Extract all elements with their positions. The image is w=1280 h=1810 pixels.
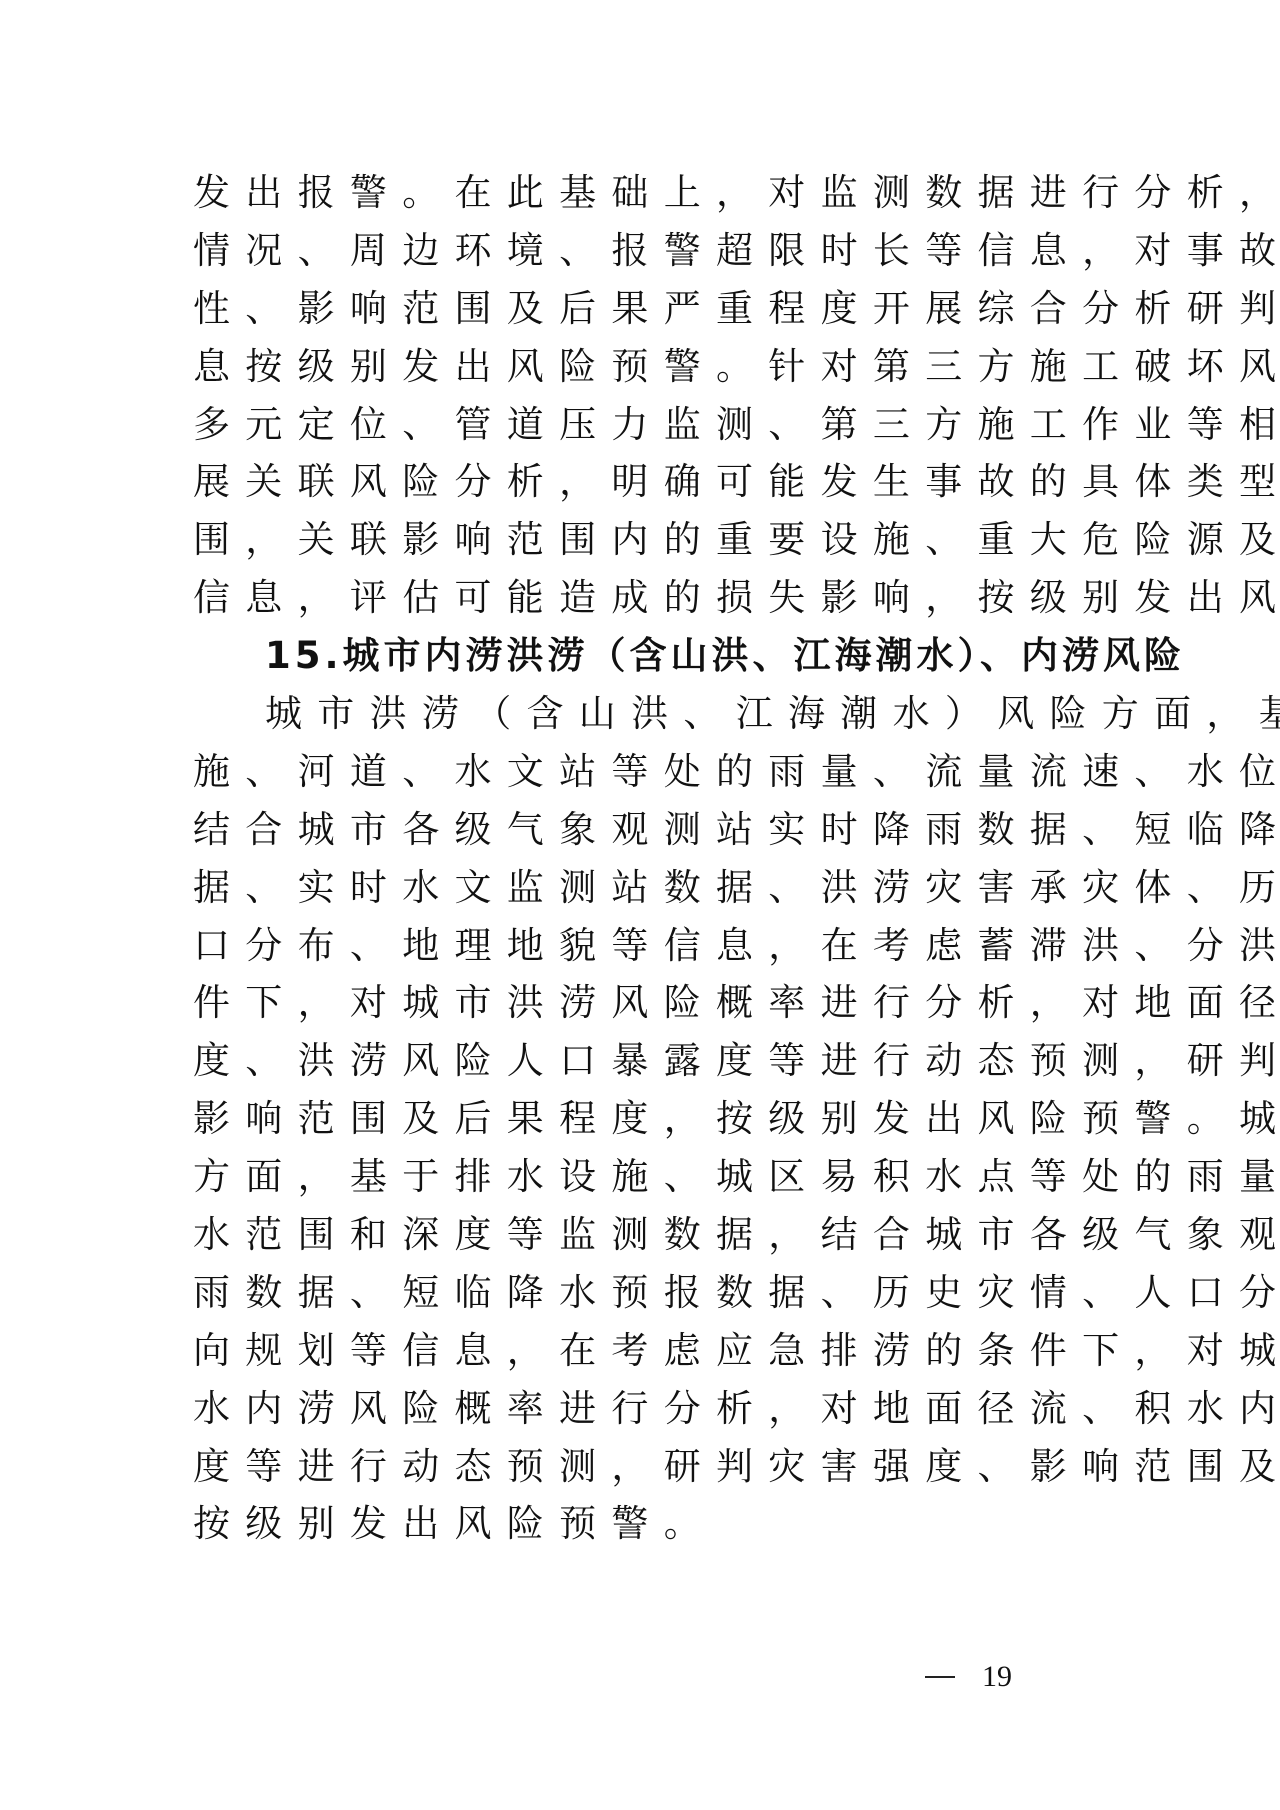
text-line: 方面，基于排水设施、城区易积水点等处的雨量、水位、积 bbox=[193, 1148, 1093, 1206]
section-heading: 15.城市内涝洪涝（含山洪、江海潮水）、内涝风险 bbox=[193, 627, 1093, 685]
text-line: 情况、周边环境、报警超限时长等信息，对事故发生的可能 bbox=[193, 222, 1093, 280]
text-line: 口分布、地理地貌等信息，在考虑蓄滞洪、分洪、泄洪的条 bbox=[193, 917, 1093, 975]
text-line: 件下，对城市洪涝风险概率进行分析，对地面径流、水淹深 bbox=[193, 974, 1093, 1032]
text-line: 息按级别发出风险预警。针对第三方施工破坏风险，应结合 bbox=[193, 338, 1093, 396]
text-line: 结合城市各级气象观测站实时降雨数据、短临降水预报数 bbox=[193, 801, 1093, 859]
page-number: 19 bbox=[982, 1660, 1012, 1694]
text-line: 多元定位、管道压力监测、第三方施工作业等相关信息，开 bbox=[193, 396, 1093, 454]
text-line: 水范围和深度等监测数据，结合城市各级气象观测站实时降 bbox=[193, 1206, 1093, 1264]
text-line: 展关联风险分析，明确可能发生事故的具体类型和影响的范 bbox=[193, 453, 1093, 511]
text-line: 发出报警。在此基础上，对监测数据进行分析，并结合施工 bbox=[193, 164, 1093, 222]
document-page: 发出报警。在此基础上，对监测数据进行分析，并结合施工 情况、周边环境、报警超限时… bbox=[193, 164, 1093, 1553]
page-footer: 19 bbox=[925, 1660, 1012, 1694]
text-line: 围，关联影响范围内的重要设施、重大危险源及防护目标等 bbox=[193, 511, 1093, 569]
text-line: 信息，评估可能造成的损失影响，按级别发出风险预警。 bbox=[193, 569, 1093, 627]
text-line: 影响范围及后果程度，按级别发出风险预警。城市内涝风险 bbox=[193, 1090, 1093, 1148]
text-line: 水内涝风险概率进行分析，对地面径流、积水内涝范围和深 bbox=[193, 1380, 1093, 1438]
text-line: 度、洪涝风险人口暴露度等进行动态预测，研判灾害强度、 bbox=[193, 1032, 1093, 1090]
text-line: 城市洪涝（含山洪、江海潮水）风险方面，基于防洪设 bbox=[193, 685, 1093, 743]
text-line: 据、实时水文监测站数据、洪涝灾害承灾体、历史灾情、人 bbox=[193, 859, 1093, 917]
paragraph-continuation: 发出报警。在此基础上，对监测数据进行分析，并结合施工 情况、周边环境、报警超限时… bbox=[193, 164, 1093, 627]
text-line: 度等进行动态预测，研判灾害强度、影响范围及后果程度， bbox=[193, 1438, 1093, 1496]
section-body: 城市洪涝（含山洪、江海潮水）风险方面，基于防洪设 施、河道、水文站等处的雨量、流… bbox=[193, 685, 1093, 1553]
text-line: 性、影响范围及后果严重程度开展综合分析研判，将相关信 bbox=[193, 280, 1093, 338]
text-line: 施、河道、水文站等处的雨量、流量流速、水位等监测数据， bbox=[193, 743, 1093, 801]
text-line: 雨数据、短临降水预报数据、历史灾情、人口分布、城市竖 bbox=[193, 1264, 1093, 1322]
text-line: 按级别发出风险预警。 bbox=[193, 1495, 1093, 1553]
text-line: 向规划等信息，在考虑应急排涝的条件下，对城市低洼处积 bbox=[193, 1322, 1093, 1380]
dash-decoration bbox=[925, 1676, 955, 1678]
